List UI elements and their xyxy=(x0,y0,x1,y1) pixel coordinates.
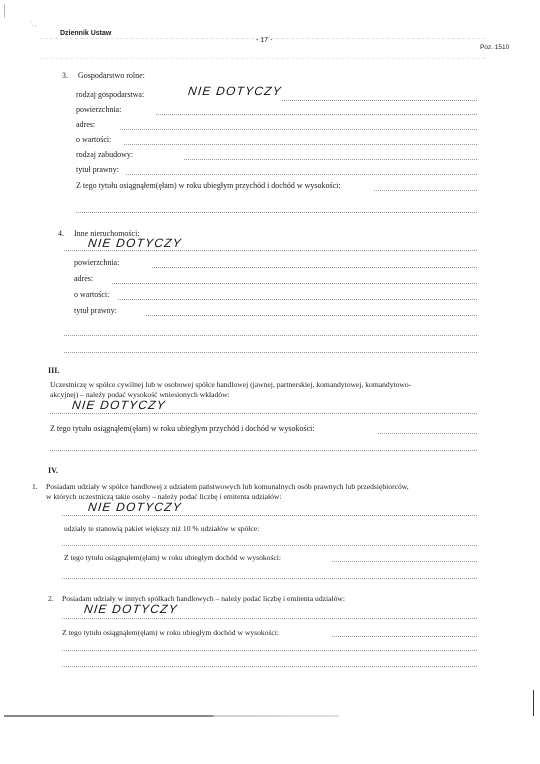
income-value[interactable] xyxy=(332,636,477,637)
fill-line xyxy=(62,515,477,516)
item-number: 3. xyxy=(62,71,68,81)
fill-line xyxy=(282,100,477,101)
fill-line xyxy=(50,413,477,414)
scan-edge-mark-right xyxy=(533,690,534,716)
section-heading: III. xyxy=(48,366,59,376)
fill-line xyxy=(64,250,477,251)
field-value-address[interactable] xyxy=(120,129,477,130)
field-value-area[interactable] xyxy=(156,114,477,115)
field-value-farm-type[interactable]: NIE DOTYCZY xyxy=(187,84,282,98)
income-value[interactable] xyxy=(332,561,477,562)
fill-line-extra-1[interactable] xyxy=(64,335,477,336)
income-label: Z tego tytułu osiągnąłem(ęłam) w roku ub… xyxy=(62,628,279,638)
income-value-continued[interactable] xyxy=(62,578,477,579)
field-value-value[interactable] xyxy=(124,144,477,145)
item-number: 4. xyxy=(58,229,64,239)
income-value-continued-1[interactable] xyxy=(62,650,477,651)
income-value[interactable] xyxy=(378,433,477,434)
field-label-address: adres: xyxy=(76,120,95,130)
field-value-other-property[interactable]: NIE DOTYCZY xyxy=(87,236,182,250)
income-value-continued[interactable] xyxy=(76,212,477,213)
field-label-legal-title: tytuł prawny: xyxy=(74,306,117,316)
field-value-buildings[interactable] xyxy=(184,159,477,160)
section-text-line1: Uczestniczę w spółce cywilnej lub w osob… xyxy=(50,380,411,390)
income-value-continued[interactable] xyxy=(50,450,477,451)
field-value-value[interactable] xyxy=(118,299,477,300)
field-value-shares-count[interactable]: NIE DOTYCZY xyxy=(87,500,182,514)
field-value-address[interactable] xyxy=(112,283,477,284)
publication-title: Dziennik Ustaw xyxy=(60,30,111,37)
field-label-area: powierzchnia: xyxy=(76,105,121,115)
fill-line-extra-2[interactable] xyxy=(64,352,477,353)
item-text-line1: Posiadam udziały w spółce handlowej z ud… xyxy=(46,482,409,492)
scan-marks: `. , xyxy=(30,22,37,28)
header-rule-lower xyxy=(40,58,485,59)
field-label-value: o wartości: xyxy=(76,135,111,145)
page-number: - 17 - xyxy=(256,37,272,44)
field-label-value: o wartości: xyxy=(74,290,109,300)
field-value-legal-title[interactable] xyxy=(126,174,477,175)
income-value-continued-2[interactable] xyxy=(62,666,477,667)
field-value-contributions[interactable]: NIE DOTYCZY xyxy=(71,398,166,412)
income-label: Z tego tytułu osiągnąłem(ęłam) w roku ub… xyxy=(64,553,281,563)
field-label-address: adres: xyxy=(74,274,93,284)
field-value-legal-title[interactable] xyxy=(146,315,477,316)
position-number: Poz. 1510 xyxy=(480,44,509,51)
field-label-farm-type: rodzaj gospodarstwa: xyxy=(76,90,144,100)
share-value[interactable] xyxy=(62,545,477,546)
income-value[interactable] xyxy=(374,190,477,191)
item-number: 2. xyxy=(48,594,54,604)
income-label: Z tego tytułu osiągnąłem(ęłam) w roku ub… xyxy=(76,181,341,191)
item-number: 1. xyxy=(32,482,38,492)
field-value-other-shares[interactable]: NIE DOTYCZY xyxy=(83,602,178,616)
scan-edge-mark xyxy=(4,4,5,18)
income-label: Z tego tytułu osiągnąłem(ęłam) w roku ub… xyxy=(50,424,315,434)
section-heading: IV. xyxy=(48,466,58,476)
field-label-area: powierzchnia: xyxy=(74,258,119,268)
field-value-area[interactable] xyxy=(152,267,477,268)
share-label: udziały te stanowią pakiet większy niż 1… xyxy=(64,524,259,534)
field-label-legal-title: tytuł prawny: xyxy=(76,165,119,175)
fill-line xyxy=(62,618,477,619)
section-title: Gospodarstwo rolne: xyxy=(78,71,145,81)
footer-rule xyxy=(4,715,339,717)
field-label-buildings: rodzaj zabudowy: xyxy=(76,150,133,160)
